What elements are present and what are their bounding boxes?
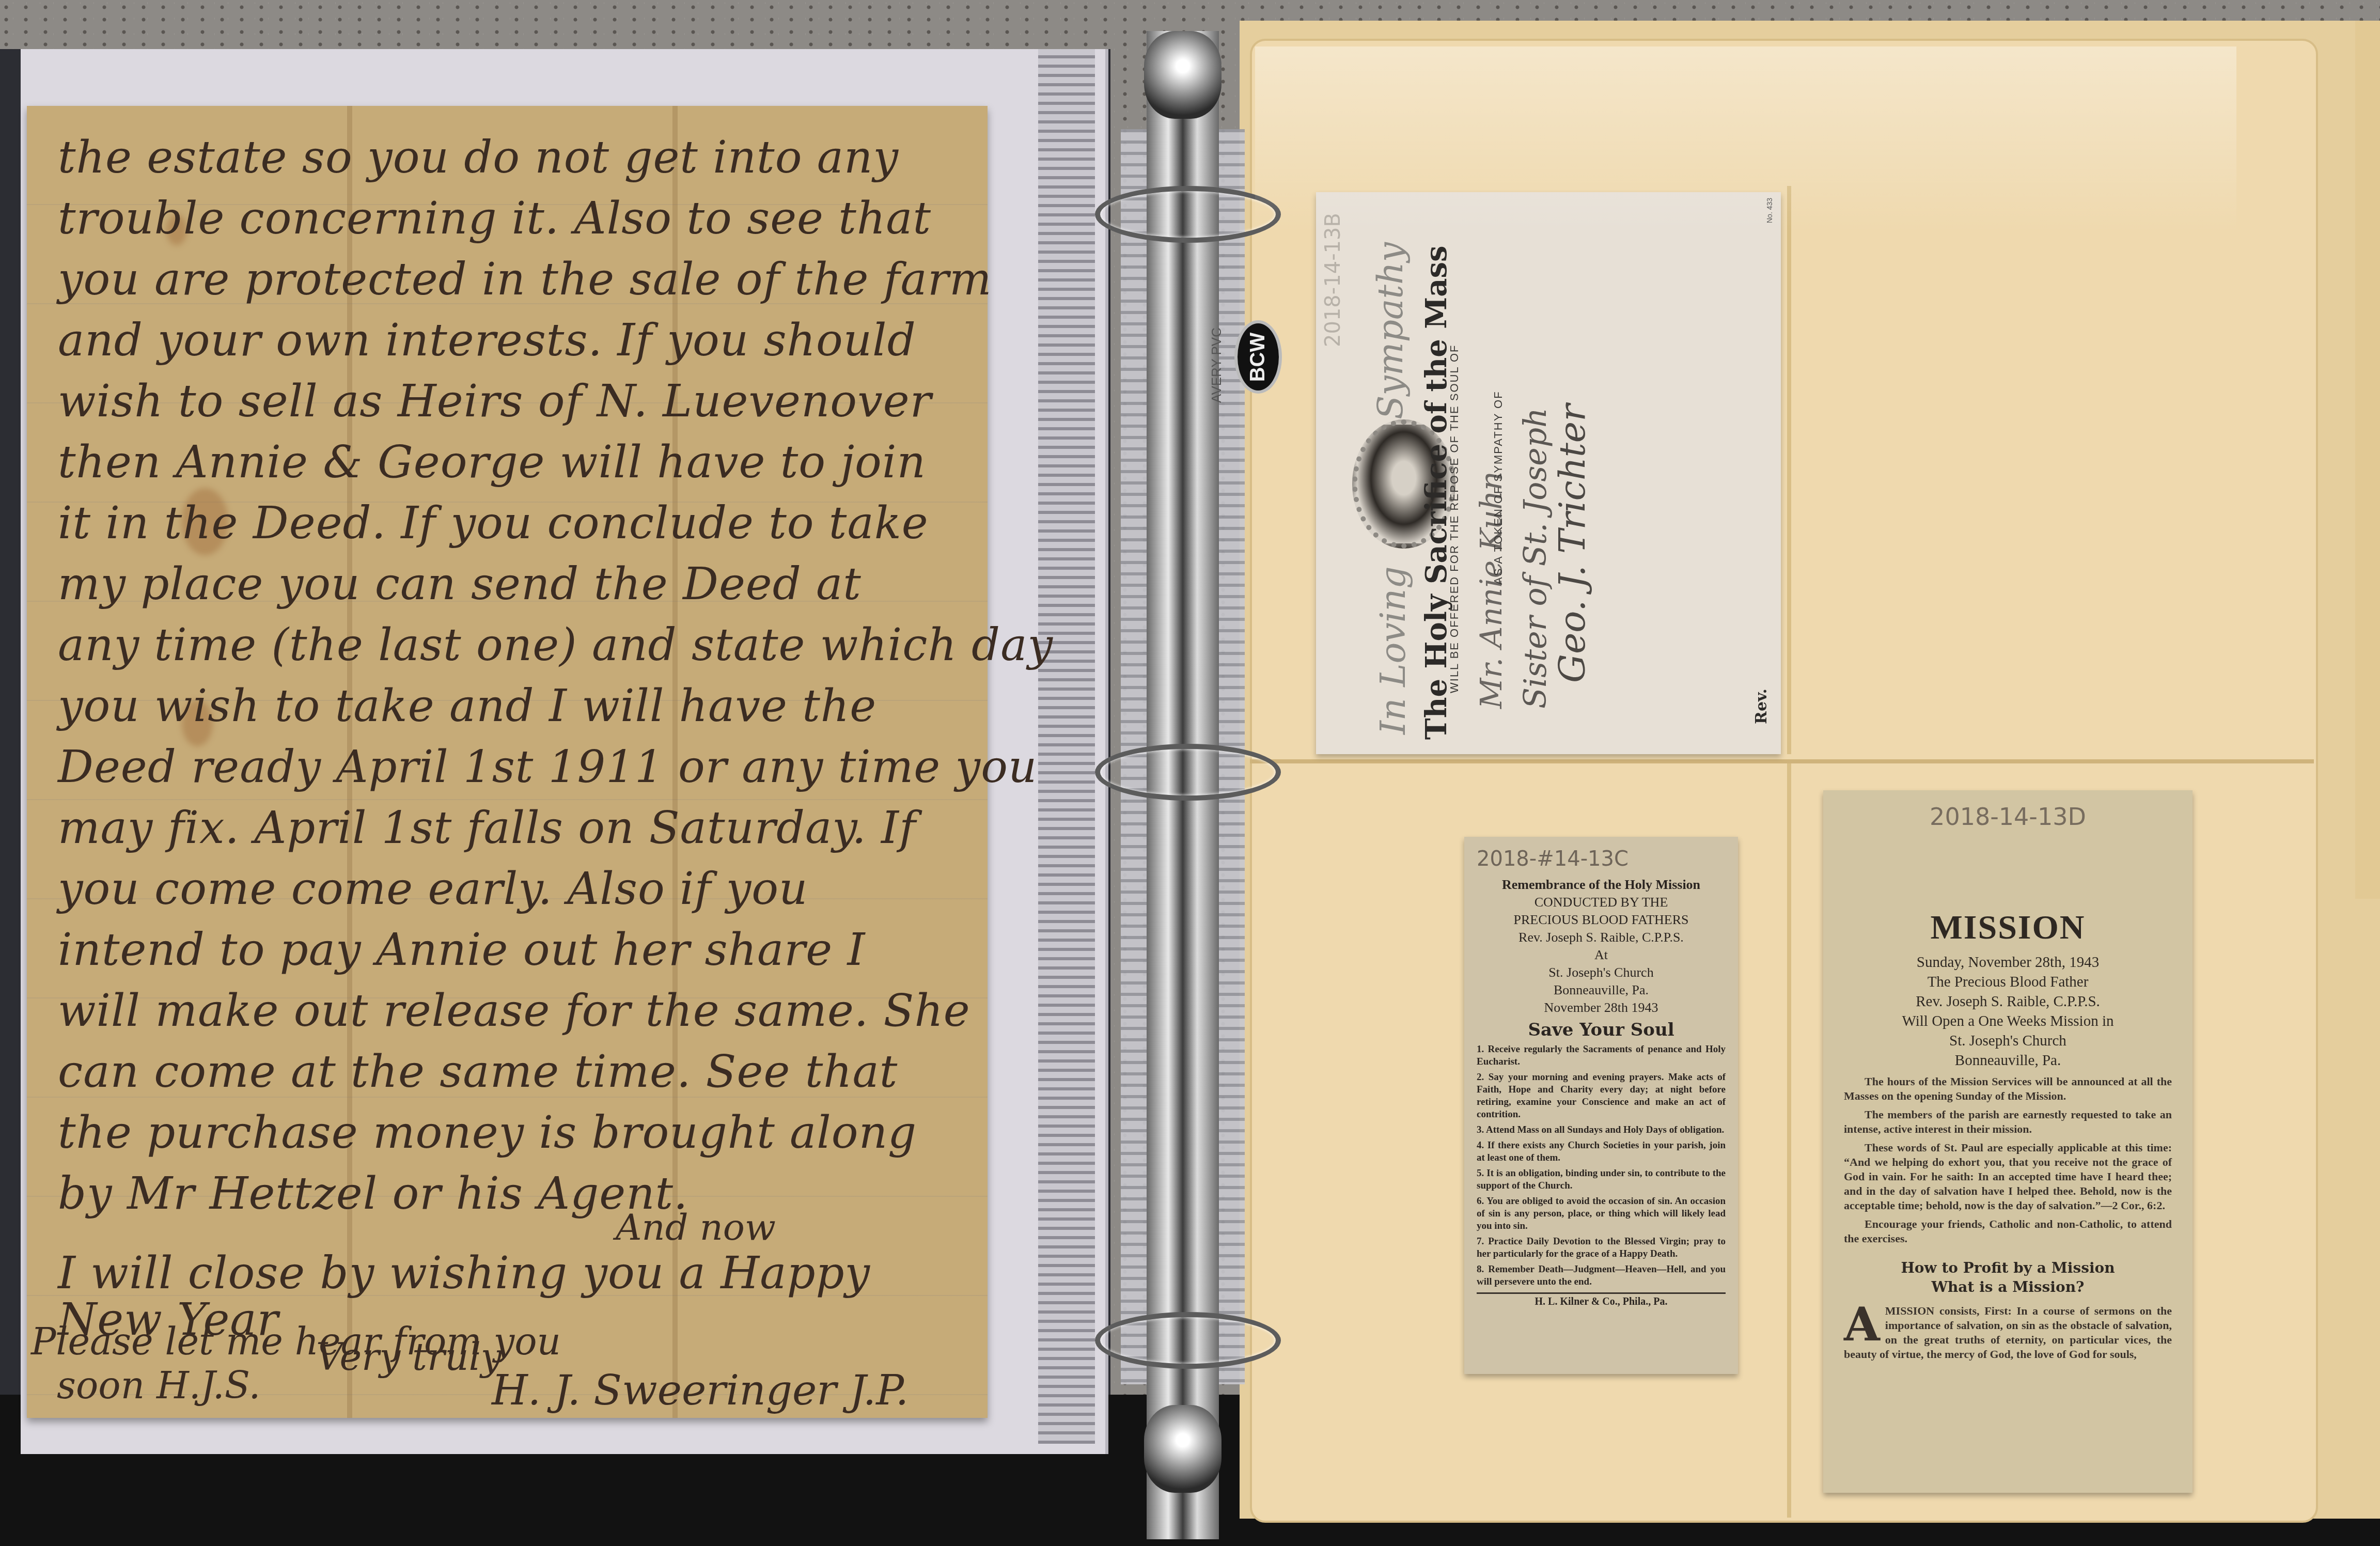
letter-line: and your own interests. If you should — [58, 315, 967, 366]
mission-announcement-card: 2018-14-13D MISSION Sunday, November 28t… — [1823, 790, 2193, 1493]
sheet-protector-hole-strip — [1038, 49, 1095, 1444]
card-rule: 5. It is an obligation, binding under si… — [1477, 1167, 1726, 1192]
letter-line: it in the Deed. If you conclude to take — [58, 497, 967, 549]
bcw-logo-text: BCW — [1247, 332, 1270, 382]
letter-line: you are protected in the sale of the far… — [58, 254, 967, 305]
binder-ring-lever[interactable] — [1144, 1405, 1222, 1493]
card-paragraph: Encourage your friends, Catholic and non… — [1844, 1217, 2172, 1246]
card-printer: H. L. Kilner & Co., Phila., Pa. — [1477, 1296, 1726, 1308]
binder-ring[interactable] — [1095, 1312, 1281, 1369]
mission-remembrance-card: 2018-#14-13C Remembrance of the Holy Mis… — [1464, 837, 1738, 1374]
card-header-line: CONDUCTED BY THE — [1477, 894, 1726, 911]
card-final-text: MISSION consists, First: In a course of … — [1844, 1304, 2172, 1361]
card-header-line: St. Joseph's Church — [1477, 964, 1726, 981]
letter-line: can come at the same time. See that — [58, 1046, 967, 1098]
mass-card-accession: 2018-14-13B — [1321, 213, 1345, 347]
letter-line: wish to sell as Heirs of N. Luevenover — [58, 376, 967, 427]
binder-ring[interactable] — [1095, 744, 1281, 801]
letter-line: trouble concerning it. Also to see that — [58, 193, 967, 244]
card-rule: 2. Say your morning and evening prayers.… — [1477, 1071, 1726, 1121]
card-divider — [1477, 1292, 1726, 1294]
card-header-line: The Precious Blood Father — [1844, 972, 2172, 992]
card-header-line: At — [1477, 946, 1726, 964]
card-title: Save Your Soul — [1477, 1020, 1726, 1040]
letter-line: Deed ready April 1st 1911 or any time yo… — [58, 741, 967, 793]
card-rule: 7. Practice Daily Devotion to the Blesse… — [1477, 1236, 1726, 1260]
mass-card-script-title: In Loving — [1373, 566, 1414, 735]
mass-card-script-title: Sympathy — [1370, 242, 1411, 419]
mass-card: 2018-14-13B In Loving Sympathy The Holy … — [1316, 192, 1781, 754]
pocket-divider — [1250, 759, 2314, 763]
letter-line: you wish to take and I will have the — [58, 680, 967, 732]
drop-cap: A — [1844, 1304, 1880, 1345]
letter-line: will make out release for the same. She — [58, 985, 967, 1037]
handwritten-letter: the estate so you do not get into any tr… — [27, 106, 988, 1418]
card-header-line: Bonneauville, Pa. — [1477, 981, 1726, 999]
letter-signature: H. J. Sweeringer J.P. — [492, 1366, 909, 1414]
mass-card-from: Sister of St. Joseph — [1517, 408, 1554, 709]
mass-card-celebrant: Geo. J. Trichter — [1551, 404, 1593, 683]
card-rule: 8. Remember Death—Judgment—Heaven—Hell, … — [1477, 1263, 1726, 1288]
card-header-line: St. Joseph's Church — [1844, 1031, 2172, 1051]
card-rule: 3. Attend Mass on all Sundays and Holy D… — [1477, 1124, 1726, 1136]
card-header-line: Sunday, November 28th, 1943 — [1844, 952, 2172, 972]
card-subheading: How to Profit by a Mission — [1844, 1259, 2172, 1276]
avery-mark: AVERY PVC — [1209, 327, 1225, 403]
sleeve-glare — [1255, 46, 2236, 232]
binder-ring[interactable] — [1095, 186, 1281, 243]
card-header-line: Rev. Joseph S. Raible, C.P.P.S. — [1844, 992, 2172, 1011]
card-paragraph: The members of the parish are earnestly … — [1844, 1107, 2172, 1136]
card-paragraph: These words of St. Paul are especially a… — [1844, 1141, 2172, 1213]
letter-and-now: And now — [616, 1206, 776, 1248]
card-header-line: Will Open a One Weeks Mission in — [1844, 1011, 2172, 1031]
card-subheading: What is a Mission? — [1844, 1278, 2172, 1295]
binder-ring-lever[interactable] — [1144, 31, 1222, 119]
mass-card-rev-label: Rev. — [1752, 689, 1771, 724]
card-paragraph: The hours of the Mission Services will b… — [1844, 1074, 2172, 1103]
letter-line: you come come early. Also if you — [58, 863, 967, 915]
letter-line: intend to pay Annie out her share I — [58, 924, 967, 976]
letter-line: by Mr Hettzel or his Agent. — [58, 1168, 967, 1220]
card-header-line: Rev. Joseph S. Raible, C.P.P.S. — [1477, 929, 1726, 946]
card-rule: 1. Receive regularly the Sacraments of p… — [1477, 1043, 1726, 1068]
letter-line: then Annie & George will have to join — [58, 436, 967, 488]
mass-card-token-label: AS A TOKEN OF SYMPATHY OF — [1492, 391, 1505, 585]
card-rule: 6. You are obliged to avoid the occasion… — [1477, 1195, 1726, 1232]
pocket-divider — [1787, 763, 1791, 1518]
card-header-line: Remembrance of the Holy Mission — [1477, 876, 1726, 894]
letter-postscript: Please let me hear from you — [31, 1320, 561, 1363]
card-title: MISSION — [1844, 908, 2172, 947]
card-header-line: PRECIOUS BLOOD FATHERS — [1477, 911, 1726, 929]
letter-line: any time (the last one) and state which … — [58, 619, 967, 671]
folder-tab — [2355, 21, 2380, 899]
card-header-line: Bonneauville, Pa. — [1844, 1051, 2172, 1070]
letter-line: the estate so you do not get into any — [58, 132, 967, 183]
letter-postscript: soon H.J.S. — [57, 1364, 260, 1407]
mass-card-subheading: WILL BE OFFERED FOR THE REPOSE OF THE SO… — [1448, 344, 1461, 693]
letter-line: my place you can send the Deed at — [58, 558, 967, 610]
letter-closing: I will close by wishing you a Happy — [58, 1247, 967, 1299]
card-final-paragraph: A MISSION consists, First: In a course o… — [1844, 1304, 2172, 1362]
card-rule: 4. If there exists any Church Societies … — [1477, 1139, 1726, 1164]
card-accession-number: 2018-#14-13C — [1477, 847, 1726, 871]
bcw-logo: BCW — [1234, 320, 1282, 394]
card-accession-number: 2018-14-13D — [1844, 803, 2172, 831]
letter-line: may fix. April 1st falls on Saturday. If — [58, 802, 967, 854]
letter-line: the purchase money is brought along — [58, 1107, 967, 1159]
card-header-line: November 28th 1943 — [1477, 999, 1726, 1017]
pocket-divider — [1787, 186, 1791, 754]
